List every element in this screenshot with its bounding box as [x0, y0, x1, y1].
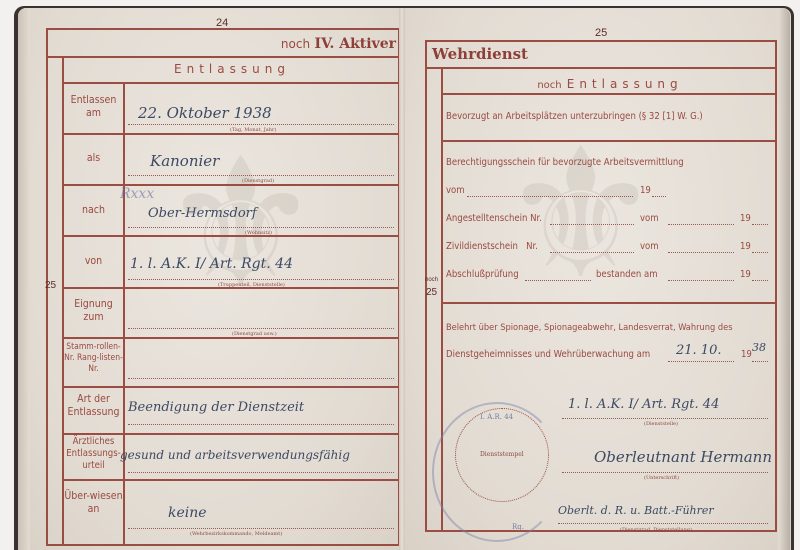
zivildienstschein-year: 19	[740, 241, 751, 252]
value-entlassen-am: 22. Oktober 1938	[138, 104, 272, 122]
stamp-text-bottom: Rg.	[512, 523, 524, 531]
zivildienstschein-vom: vom	[640, 241, 659, 252]
value-aerztliches-urteil: gesund und arbeitsverwendungsfähig	[120, 448, 350, 462]
caption-date: (Tag, Monat, Jahr)	[230, 127, 276, 133]
sig-unterschrift-caption: (Unterschrift)	[644, 475, 679, 481]
fill-line	[128, 124, 394, 125]
fill-line	[752, 361, 768, 362]
fill-line	[128, 227, 394, 228]
fill-line	[128, 528, 394, 529]
caption-unit: (Truppenteil, Dienststelle)	[218, 282, 285, 288]
fill-line	[562, 472, 768, 473]
fill-line	[752, 252, 768, 253]
left-header: noch IV. Aktiver	[240, 36, 396, 52]
label-aerztliches-urteil: Ärztliches Entlassungs-urteil	[64, 436, 123, 472]
divider	[441, 302, 777, 304]
fill-line	[525, 280, 591, 281]
value-stamp-note: Rxxx	[120, 186, 154, 202]
fill-line	[562, 418, 768, 419]
fill-line	[668, 252, 734, 253]
sig-dienststelle-value: 1. l. A.K. I/ Art. Rgt. 44	[568, 397, 719, 412]
divider	[62, 184, 400, 186]
value-nach: Ober-Hermsdorf	[148, 206, 257, 221]
instruction-date: 21. 10.	[676, 343, 721, 358]
value-von: 1. l. A.K. I/ Art. Rgt. 44	[130, 256, 293, 272]
value-als: Kanonier	[150, 152, 219, 170]
section-title-entlassung: Entlassung	[64, 62, 400, 76]
angestelltenschein-year: 19	[740, 213, 751, 224]
caption-transfer: (Wehrbezirkskommando, Meldeamt)	[190, 531, 282, 537]
sig-dienstgrad-caption: (Dienstgrad, Dienststellung)	[620, 527, 692, 533]
fill-line	[128, 378, 394, 379]
margin-page-ref-right: 25	[426, 287, 437, 298]
fill-line	[668, 224, 734, 225]
header-prefix: noch	[281, 37, 310, 51]
instruction-year-suffix: 38	[752, 341, 766, 354]
zivildienstschein-label: Zivildienstschein Nr.	[446, 241, 538, 252]
right-header-title: Wehrdienst	[432, 45, 528, 63]
divider	[62, 337, 400, 339]
divider	[123, 82, 125, 546]
cert-vom-label: vom	[446, 185, 465, 196]
fill-line	[128, 328, 394, 329]
page-number-right: 25	[595, 27, 607, 39]
abschlusspruefung-label: Abschlußprüfung	[446, 269, 519, 280]
stamp-text-top: I. A.R. 44	[480, 413, 513, 421]
label-entlassen-am: Entlassen am	[64, 94, 123, 120]
label-von: von	[64, 255, 123, 268]
fill-line	[467, 196, 633, 197]
certificate-heading: Berechtigungsschein für bevorzugte Arbei…	[446, 157, 684, 168]
caption-rank-etc: (Dienstgrad usw.)	[232, 331, 277, 337]
fill-line	[668, 280, 734, 281]
fill-line	[128, 279, 394, 280]
divider	[62, 433, 400, 435]
divider	[62, 386, 400, 388]
fill-line	[668, 361, 734, 362]
divider	[62, 82, 400, 84]
stamp-label: Dienststempel	[480, 451, 524, 458]
fill-line	[652, 196, 666, 197]
margin-noch: noch	[425, 277, 438, 283]
fill-line	[550, 224, 634, 225]
section-title: Entlassung	[567, 77, 683, 91]
value-art-der-entlassung: Beendigung der Dienstzeit	[128, 400, 304, 415]
fill-line	[558, 523, 768, 524]
angestelltenschein-label: Angestelltenschein Nr.	[446, 213, 542, 224]
page-stack-edge-right	[778, 8, 790, 550]
value-ueberwiesen-an: keine	[168, 505, 207, 521]
abschlusspruefung-year: 19	[740, 269, 751, 280]
label-eignung-zum: Eignung zum	[64, 298, 123, 324]
divider	[62, 479, 400, 481]
caption-rank: (Dienstgrad)	[242, 178, 274, 184]
right-section-title: noch Entlassung	[443, 73, 777, 92]
ink-stamp	[432, 402, 562, 542]
label-als: als	[64, 152, 123, 165]
instruction-year-prefix: 19	[741, 349, 752, 360]
fill-line	[128, 424, 394, 425]
caption-residence: (Wohnsitz)	[245, 230, 272, 236]
divider	[425, 67, 777, 69]
fill-line	[752, 280, 768, 281]
divider	[441, 93, 777, 95]
fill-line	[752, 224, 768, 225]
fill-line	[550, 252, 634, 253]
abschlusspruefung-bestanden: bestanden am	[596, 269, 658, 280]
label-ueberwiesen-an: Über-wiesen an	[64, 490, 123, 516]
cert-vom-year: 19	[640, 185, 651, 196]
sig-dienststelle-caption: (Dienststelle)	[644, 421, 678, 427]
divider	[46, 56, 400, 58]
header-title: IV. Aktiver	[315, 36, 396, 52]
label-art-der-entlassung: Art der Entlassung	[64, 393, 123, 419]
sig-unterschrift-value: Oberleutnant Hermann	[594, 448, 772, 466]
preferred-placement-text: Bevorzugt an Arbeitsplätzen unterzubring…	[446, 111, 703, 122]
angestelltenschein-vom: vom	[640, 213, 659, 224]
sig-dienstgrad-value: Oberlt. d. R. u. Batt.-Führer	[558, 504, 714, 517]
divider	[62, 235, 400, 237]
divider	[441, 140, 777, 142]
instruction-line-2: Dienstgeheimnisses und Wehrüberwachung a…	[446, 349, 650, 360]
page-stack-edge-left	[18, 8, 30, 550]
fill-line	[128, 472, 394, 473]
section-prefix: noch	[537, 80, 561, 91]
fill-line	[128, 175, 394, 176]
divider	[62, 133, 400, 135]
label-nach: nach	[64, 204, 123, 217]
instruction-line-1: Belehrt über Spionage, Spionageabwehr, L…	[446, 322, 733, 333]
label-stammrollen-nr: Stamm-rollen-Nr. Rang-listen-Nr.	[64, 342, 123, 375]
margin-page-ref: 25	[45, 280, 56, 291]
